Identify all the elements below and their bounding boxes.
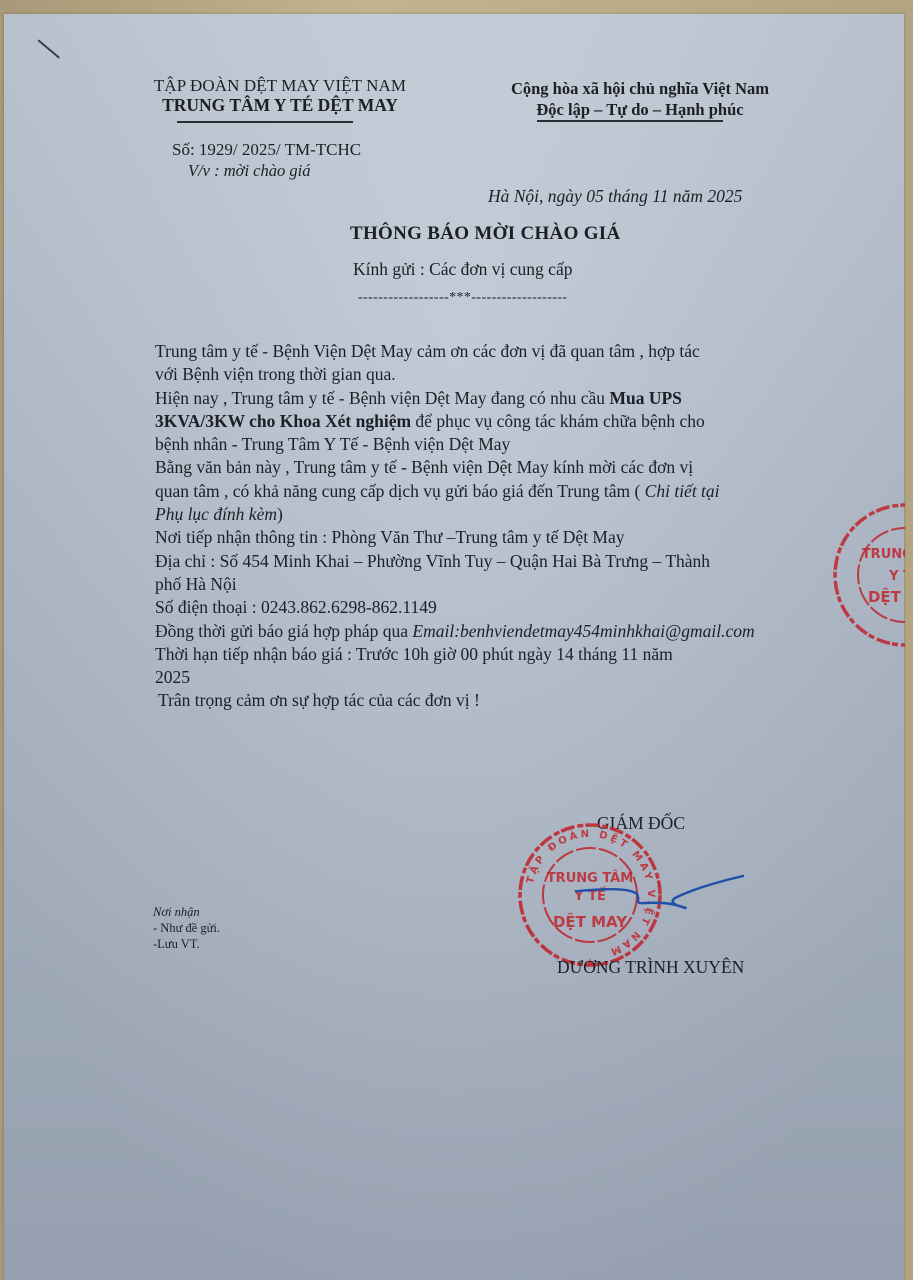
body-line: Trung tâm y tế - Bệnh Viện Dệt May cảm ơ… xyxy=(155,340,855,363)
body-line: 3KVA/3KW cho Khoa Xét nghiệm để phục vụ … xyxy=(155,410,855,433)
motto-underline xyxy=(537,120,723,122)
body-line: Phụ lục đính kèm) xyxy=(155,503,855,526)
purchase-item: 3KVA/3KW cho Khoa Xét nghiệm xyxy=(155,411,411,431)
organization-name: TRUNG TÂM Y TÉ DỆT MAY xyxy=(130,95,430,116)
body-text: Đồng thời gửi báo giá hợp pháp qua xyxy=(155,621,412,641)
issuer-header: TẬP ĐOÀN DỆT MAY VIỆT NAM TRUNG TÂM Y TÉ… xyxy=(130,76,430,116)
body-line: Hiện nay , Trung tâm y tế - Bệnh viện Dệ… xyxy=(155,387,855,410)
body-line: với Bệnh viện trong thời gian qua. xyxy=(155,363,855,386)
document-date: Hà Nội, ngày 05 tháng 11 năm 2025 xyxy=(488,186,742,207)
email-address: Email:benhviendetmay454minhkhai@gmail.co… xyxy=(412,621,754,641)
signature-icon xyxy=(575,870,750,920)
recipients-block: Nơi nhận - Như đề gửi. -Lưu VT. xyxy=(153,904,220,952)
page-seal-stamp-icon: TRUNG TÂM Y TẾ DỆT MAY xyxy=(830,500,913,650)
phone-line: Số điện thoại : 0243.862.6298-862.1149 xyxy=(155,596,855,619)
body-line: Bằng văn bản này , Trung tâm y tế - Bệnh… xyxy=(155,456,855,479)
greeting: Kính gửi : Các đơn vị cung cấp xyxy=(353,259,572,280)
national-header: Cộng hòa xã hội chủ nghĩa Việt Nam Độc l… xyxy=(485,78,795,120)
body-line: bệnh nhân - Trung Tâm Y Tế - Bệnh viện D… xyxy=(155,433,855,456)
deadline-line: 2025 xyxy=(155,666,855,689)
recipients-label: Nơi nhận xyxy=(153,904,220,920)
document-subject: V/v : mời chào giá xyxy=(188,161,310,181)
body-text: Hiện nay , Trung tâm y tế - Bệnh viện Dệ… xyxy=(155,388,609,408)
svg-text:TRUNG TÂM: TRUNG TÂM xyxy=(862,546,913,562)
svg-text:Y TẾ: Y TẾ xyxy=(888,567,913,584)
closing-line: Trân trọng cảm ơn sự hợp tác của các đơn… xyxy=(155,689,855,712)
document-number: Số: 1929/ 2025/ TM-TCHC xyxy=(172,140,361,160)
issuer-underline xyxy=(177,121,353,123)
separator: ------------------***------------------- xyxy=(358,290,568,306)
parent-organization: TẬP ĐOÀN DỆT MAY VIỆT NAM xyxy=(130,76,430,96)
receiver-line: Nơi tiếp nhận thông tin : Phòng Văn Thư … xyxy=(155,526,855,549)
signer-name: DƯƠNG TRÌNH XUYÊN xyxy=(557,957,744,978)
deadline-line: Thời hạn tiếp nhận báo giá : Trước 10h g… xyxy=(155,643,855,666)
purchase-item: Mua UPS xyxy=(609,388,681,408)
recipient-item: -Lưu VT. xyxy=(153,936,220,952)
body-text: ) xyxy=(277,504,283,524)
address-line: phố Hà Nội xyxy=(155,573,855,596)
recipient-item: - Như đề gửi. xyxy=(153,920,220,936)
national-motto: Độc lập – Tự do – Hạnh phúc xyxy=(485,99,795,120)
national-title: Cộng hòa xã hội chủ nghĩa Việt Nam xyxy=(485,78,795,99)
body-text: để phục vụ công tác khám chữa bệnh cho xyxy=(411,411,705,431)
document-body: Trung tâm y tế - Bệnh Viện Dệt May cảm ơ… xyxy=(155,340,855,713)
body-text: quan tâm , có khả năng cung cấp dịch vụ … xyxy=(155,481,645,501)
email-line: Đồng thời gửi báo giá hợp pháp qua Email… xyxy=(155,620,855,643)
document-title: THÔNG BÁO MỜI CHÀO GIÁ xyxy=(350,223,621,245)
svg-text:DỆT MAY: DỆT MAY xyxy=(868,586,913,606)
body-line: quan tâm , có khả năng cung cấp dịch vụ … xyxy=(155,480,855,503)
appendix-note: Chi tiết tại xyxy=(645,481,720,501)
address-line: Địa chỉ : Số 454 Minh Khai – Phường Vĩnh… xyxy=(155,550,855,573)
appendix-note: Phụ lục đính kèm xyxy=(155,504,277,524)
